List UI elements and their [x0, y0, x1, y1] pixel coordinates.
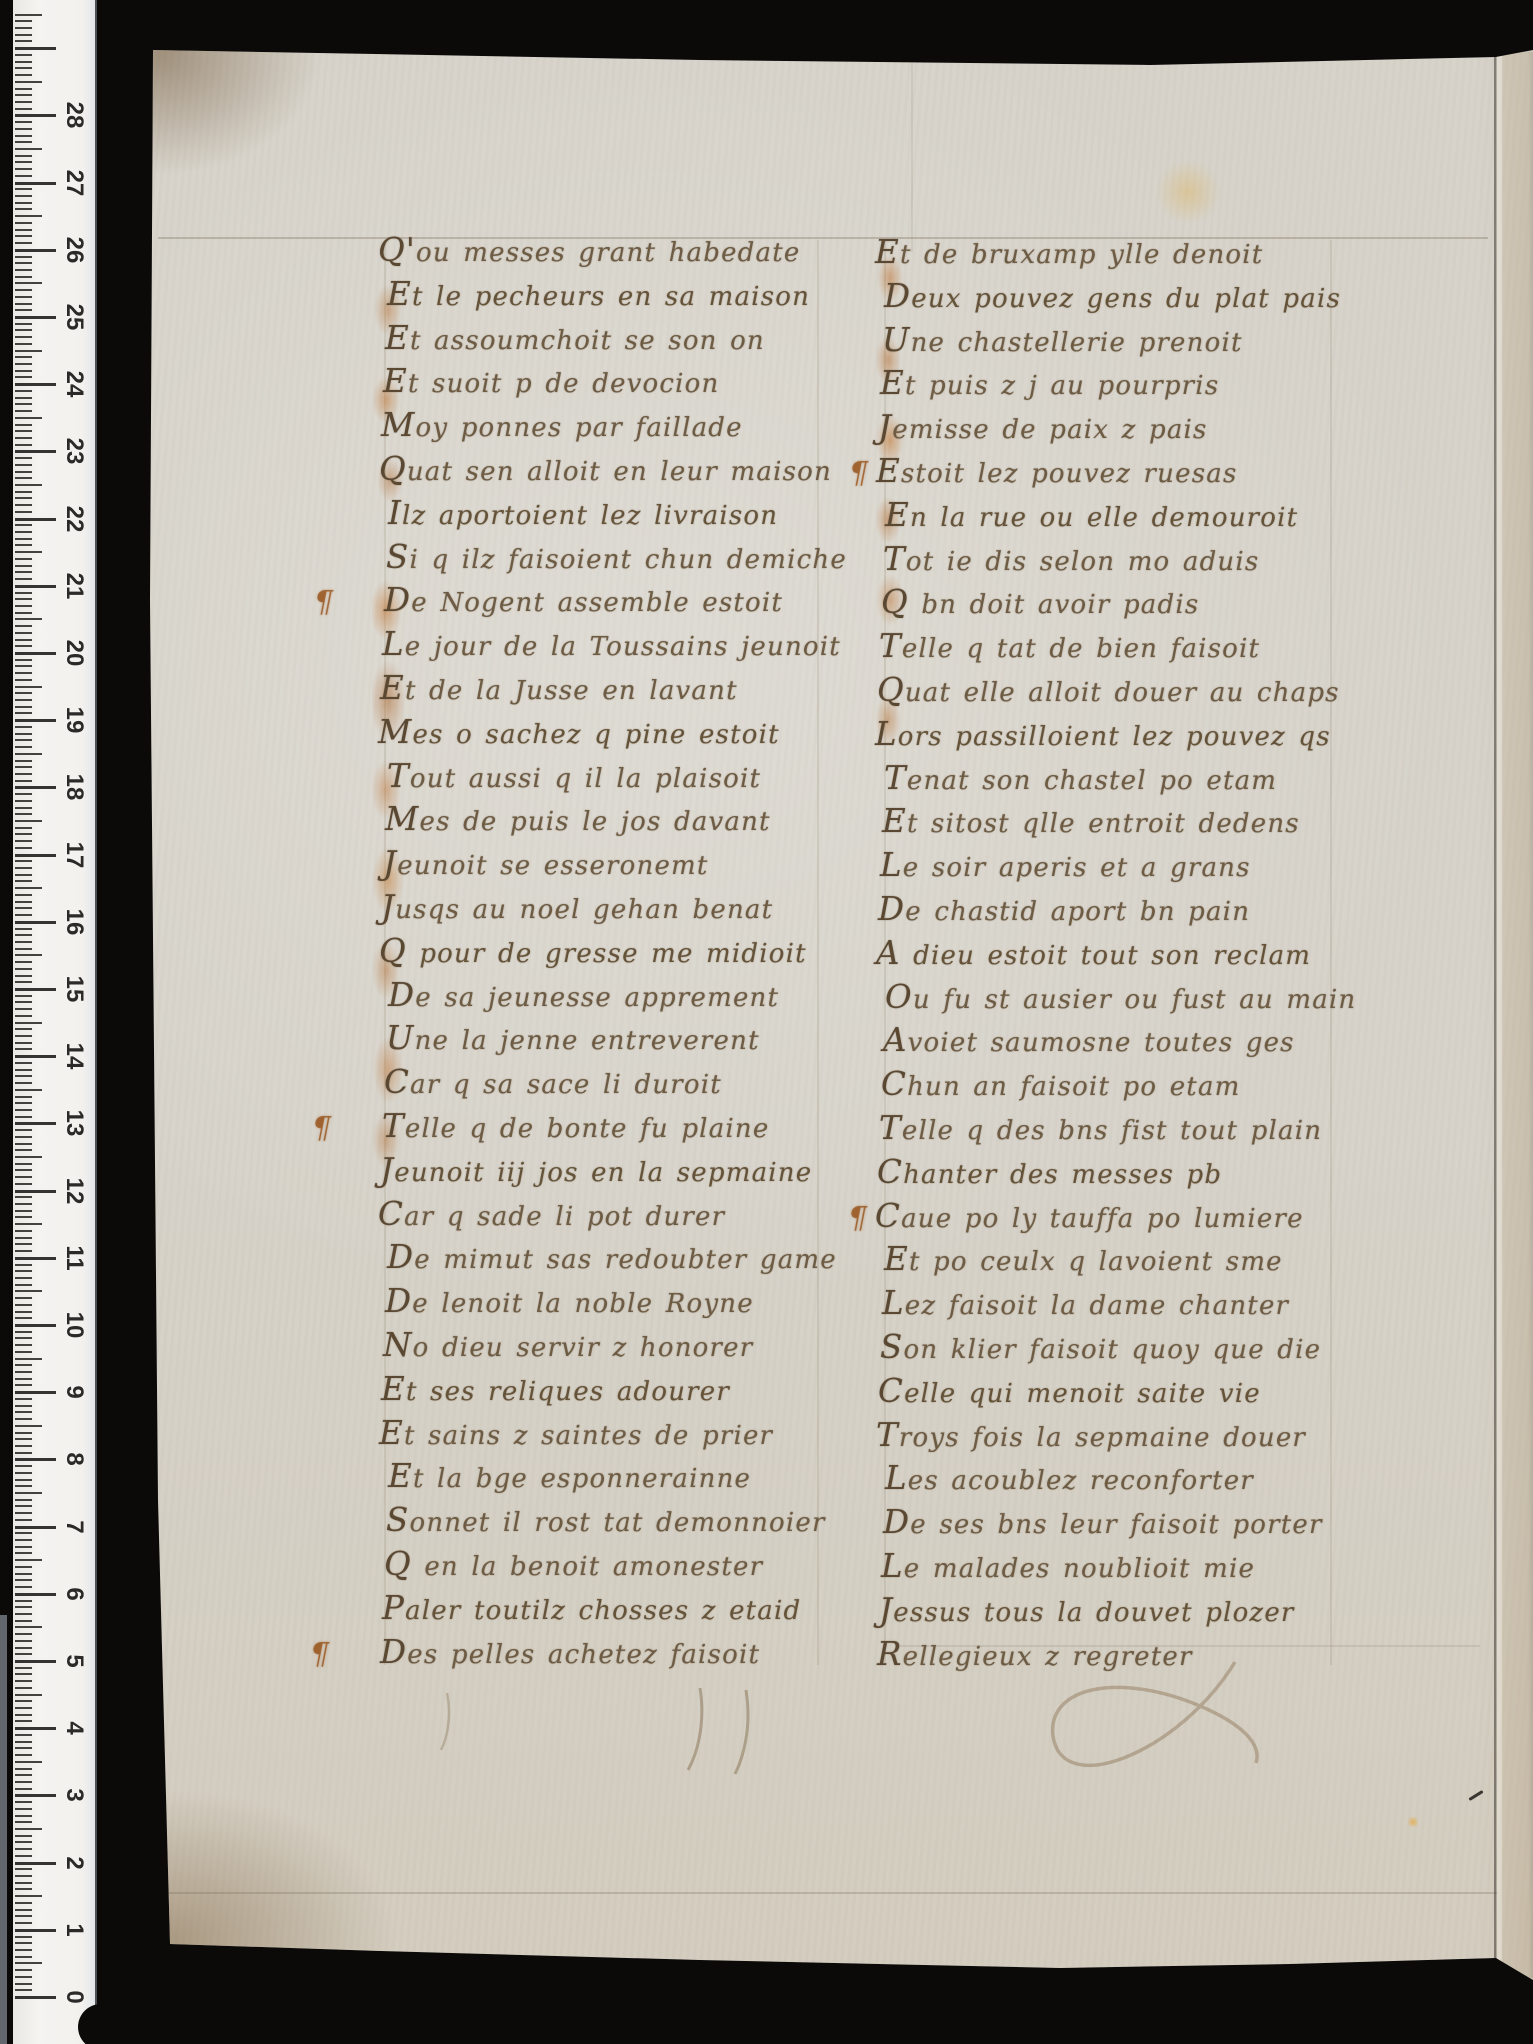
ruler-tick — [15, 1499, 32, 1501]
ruler-tick — [15, 1116, 32, 1118]
ruler-tick — [15, 612, 32, 614]
ruler-tick — [15, 1190, 56, 1193]
ruler-tick — [15, 1102, 32, 1104]
ruler-tick — [15, 907, 32, 909]
ruler-tick — [15, 712, 32, 714]
manuscript-line: Chun an faisoit po etam — [881, 1063, 1352, 1107]
ruler-tick — [15, 1122, 56, 1125]
manuscript-line: Et le pecheurs en sa maison — [387, 273, 848, 317]
manuscript-line: Jeunoit se esseronemt — [383, 842, 844, 886]
ruler-tick — [15, 558, 32, 560]
ruler-tick — [15, 1566, 32, 1568]
ruler-tick — [15, 1593, 56, 1596]
manuscript-line: Jessus tous la douvet plozer — [879, 1589, 1350, 1633]
ruler-tick — [15, 1626, 42, 1628]
ruler-tick — [15, 1714, 32, 1716]
ruler-tick — [15, 1788, 32, 1790]
ruler-tick — [15, 1069, 32, 1071]
pilcrow-mark: ¶ — [314, 581, 334, 625]
ruler-number: 24 — [57, 367, 91, 401]
manuscript-line: Deux pouvez gens du plat pais — [884, 275, 1355, 319]
ruler-tick — [15, 1492, 42, 1494]
ruler-tick — [15, 1290, 42, 1292]
manuscript-column-2: Et de bruxamp ylle denoitDeux pouvez gen… — [880, 231, 1351, 1676]
manuscript-line: Et de bruxamp ylle denoit — [875, 231, 1346, 275]
ruler-tick — [15, 1458, 56, 1461]
ruler-tick — [15, 1337, 32, 1339]
manuscript-line: Telle q de bonte fu plaine¶ — [382, 1105, 843, 1149]
flourish-stroke-3 — [441, 1693, 449, 1750]
ruler-tick — [15, 578, 32, 580]
ruler-number: 19 — [57, 703, 91, 737]
ruler-number: 4 — [57, 1711, 91, 1745]
ruler-number: 15 — [57, 972, 91, 1006]
manuscript-line: Tout aussi q il la plaisoit — [387, 755, 848, 799]
ruler-tick — [15, 760, 32, 762]
ruler-tick — [15, 363, 32, 365]
ruler-tick — [15, 1183, 32, 1185]
ruler-tick — [15, 256, 32, 258]
flourish-swirl — [1053, 1662, 1257, 1765]
ruler-tick — [15, 282, 42, 284]
ruler-tick — [15, 1606, 32, 1608]
ruler-tick — [15, 1465, 32, 1467]
ruler-tick — [15, 1969, 32, 1971]
photo-of-manuscript: { "colors": { "background": "#0b0a09", "… — [0, 0, 1533, 2044]
ruler-tick — [15, 484, 42, 486]
ruler-tick — [15, 376, 32, 378]
ruler-tick — [15, 1505, 32, 1507]
ruler-tick — [15, 477, 32, 479]
left-edge-sliver — [0, 1615, 7, 2044]
ruler-tick — [15, 1875, 32, 1877]
manuscript-line: Q bn doit avoir padis — [881, 581, 1352, 625]
ruler-tick — [15, 914, 32, 916]
ruler-tick — [15, 1418, 32, 1420]
ruler-tick — [15, 571, 32, 573]
ruler-tick — [15, 269, 32, 271]
ruler-tick — [15, 370, 32, 372]
ruler-number: 13 — [57, 1106, 91, 1140]
ruler-tick — [15, 430, 32, 432]
ruler-tick — [15, 1264, 32, 1266]
ruler-tick — [15, 1075, 32, 1077]
manuscript-line: Le malades noublioit mie — [881, 1545, 1352, 1589]
manuscript-line: Jusqs au noel gehan benat — [381, 886, 842, 930]
ruler-tick — [15, 1774, 32, 1776]
ruler-number: 18 — [57, 770, 91, 804]
ruler-tick — [15, 941, 32, 943]
ruler-tick — [15, 901, 32, 903]
ruler-tick — [15, 1129, 32, 1131]
ruler-tick — [15, 1862, 56, 1865]
ruler-tick — [15, 592, 32, 594]
ruler-tick — [15, 1579, 32, 1581]
manuscript-line: Ou fu st ausier ou fust au main — [885, 976, 1356, 1020]
ruler-tick — [15, 1048, 32, 1050]
ruler-tick — [15, 551, 42, 553]
ruler-tick — [15, 1942, 32, 1944]
ruler-tick — [15, 894, 32, 896]
ruler-tick — [15, 1230, 32, 1232]
ruler-tick — [15, 343, 32, 345]
ruler-tick — [15, 1223, 42, 1225]
ruler-tick — [15, 175, 32, 177]
ruler-tick — [15, 1848, 32, 1850]
ruler-tick — [15, 1687, 32, 1689]
ruler-tick — [15, 1956, 32, 1958]
bottom-crease — [158, 1892, 1498, 1894]
ruler-tick — [15, 867, 32, 869]
ruler-tick — [15, 1270, 32, 1272]
manuscript-line: De chastid aport bn pain — [878, 888, 1349, 932]
ruler-tick — [15, 988, 56, 991]
ruler-tick — [15, 121, 32, 123]
pilcrow-mark: ¶ — [310, 1633, 330, 1677]
ruler-tick — [15, 672, 32, 674]
ruler-tick — [15, 1647, 32, 1649]
ruler-tick — [15, 14, 42, 16]
ruler-tick — [15, 1344, 32, 1346]
manuscript-line: Et po ceulx q lavoient sme — [884, 1238, 1355, 1282]
ruler-tick — [15, 1519, 32, 1521]
ruler-tick — [15, 1929, 56, 1932]
ruler-tick — [15, 1432, 32, 1434]
manuscript-line: Moy ponnes par faillade — [381, 404, 842, 448]
ruler-tick — [15, 1082, 32, 1084]
ruler-number: 26 — [57, 233, 91, 267]
ruler-tick — [15, 874, 32, 876]
ruler-tick — [15, 1915, 32, 1917]
ruler-tick — [15, 1801, 32, 1803]
flourish-stroke-2 — [735, 1690, 748, 1774]
manuscript-line: Avoiet saumosne toutes ges — [883, 1019, 1354, 1063]
ruler-tick — [15, 565, 32, 567]
ruler-tick — [15, 1700, 32, 1702]
ruler-tick — [15, 1001, 32, 1003]
ruler-tick — [15, 1868, 32, 1870]
ruler-tick — [15, 1331, 32, 1333]
ruler-number: 12 — [57, 1174, 91, 1208]
ruler-tick — [15, 316, 56, 319]
ruler-tick — [15, 235, 32, 237]
ruler-tick — [15, 1815, 32, 1817]
manuscript-line: No dieu servir z honorer — [383, 1324, 844, 1368]
ruler-tick — [15, 74, 32, 76]
ruler-number: 22 — [57, 502, 91, 536]
ruler-tick — [15, 659, 32, 661]
ruler-tick — [15, 800, 32, 802]
ruler-tick — [15, 195, 32, 197]
manuscript-line: Et sains z saintes de prier — [379, 1412, 840, 1456]
ruler-tick — [15, 303, 32, 305]
ruler-tick — [15, 854, 56, 857]
ruler-tick — [15, 1324, 56, 1327]
ruler-tick — [15, 410, 32, 412]
manuscript-line: Mes o sachez q pine estoit — [378, 711, 839, 755]
ruler-tick — [15, 746, 32, 748]
ruler-tick — [15, 1727, 56, 1730]
ruler-tick — [15, 1559, 42, 1561]
ruler-tick — [15, 114, 56, 117]
ruler: 0123456789101112131415161718192021222324… — [13, 0, 95, 2044]
ruler-tick — [15, 1888, 32, 1890]
ruler-tick — [15, 1378, 32, 1380]
ruler-tick — [15, 766, 32, 768]
ruler-tick — [15, 182, 56, 185]
ruler-tick — [15, 860, 32, 862]
ruler-tick — [15, 1922, 32, 1924]
ruler-tick — [15, 1680, 32, 1682]
ruler-tick — [15, 249, 56, 252]
ruler-tick — [15, 706, 32, 708]
ruler-tick — [15, 880, 32, 882]
manuscript-line: Estoit lez pouvez ruesas¶ — [876, 450, 1347, 494]
ruler-tick — [15, 1384, 32, 1386]
manuscript-line: Et ses reliques adourer — [381, 1368, 842, 1412]
manuscript-line: Telle q des bns fist tout plain — [879, 1107, 1350, 1151]
ruler-tick — [15, 1317, 32, 1319]
ruler-tick — [15, 47, 56, 50]
ruler-tick — [15, 403, 32, 405]
ruler-tick — [15, 1136, 32, 1138]
ruler-tick — [15, 309, 32, 311]
ruler-tick — [15, 1169, 32, 1171]
ruler-tick — [15, 108, 32, 110]
ruler-tick — [15, 1694, 42, 1696]
ruler-tick — [15, 356, 32, 358]
ruler-tick — [15, 1089, 42, 1091]
ruler-tick — [15, 1237, 32, 1239]
ruler-tick — [15, 497, 32, 499]
ruler-tick — [15, 618, 42, 620]
manuscript-line: Car q sade li pot durer — [378, 1193, 839, 1237]
ruler-tick — [15, 1096, 32, 1098]
ruler-tick — [15, 1667, 32, 1669]
ruler-tick — [15, 1411, 32, 1413]
ruler-number: 3 — [57, 1778, 91, 1812]
top-fold-line — [911, 62, 913, 252]
manuscript-line: Une la jenne entreverent — [386, 1017, 847, 1061]
ruler-tick — [15, 1438, 32, 1440]
ruler-tick — [15, 1250, 32, 1252]
manuscript-line: Chanter des messes pb — [877, 1151, 1348, 1195]
ruler-tick — [15, 1996, 56, 1999]
ruler-number: 9 — [57, 1375, 91, 1409]
ruler-tick — [15, 518, 56, 521]
ruler-tick — [15, 1479, 32, 1481]
ruler-tick — [15, 1062, 32, 1064]
ruler-tick — [15, 1882, 32, 1884]
ruler-tick — [15, 1163, 32, 1165]
ruler-tick — [15, 961, 32, 963]
flourish-stroke-1 — [688, 1688, 702, 1770]
ruler-number: 6 — [57, 1577, 91, 1611]
ruler-tick — [15, 94, 32, 96]
ruler-tick — [15, 1277, 32, 1279]
ruler-tick — [15, 67, 32, 69]
ruler-tick — [15, 128, 32, 130]
manuscript-line: Les acoublez reconforter — [885, 1457, 1356, 1501]
ruler-number: 5 — [57, 1644, 91, 1678]
ruler-tick — [15, 27, 32, 29]
ruler-number: 17 — [57, 838, 91, 872]
ruler-tick — [15, 296, 32, 298]
ruler-tick — [15, 1512, 32, 1514]
ruler-tick — [15, 1673, 32, 1675]
ruler-tick — [15, 242, 32, 244]
ruler-tick — [15, 1176, 32, 1178]
ruler-tick — [15, 229, 32, 231]
ruler-tick — [15, 471, 32, 473]
manuscript-line: Et suoit p de devocion — [383, 360, 844, 404]
ruler-tick — [15, 34, 32, 36]
ruler-tick — [15, 148, 42, 150]
ruler-tick — [15, 1055, 56, 1058]
ruler-tick — [15, 968, 32, 970]
ruler-tick — [15, 625, 32, 627]
manuscript-line: Lors passilloient lez pouvez qs — [875, 713, 1346, 757]
ruler-tick — [15, 1855, 32, 1857]
ruler-tick — [15, 1781, 32, 1783]
ruler-tick — [15, 383, 56, 386]
ruler-tick — [15, 88, 32, 90]
pilcrow-mark: ¶ — [848, 1197, 868, 1241]
ruler-tick — [15, 1962, 42, 1964]
ruler-tick — [15, 1445, 32, 1447]
manuscript-line: Q pour de gresse me midioit — [379, 930, 840, 974]
ruler-number: 10 — [57, 1308, 91, 1342]
manuscript-line: Telle q tat de bien faisoit — [879, 625, 1350, 669]
ruler-tick — [15, 1539, 32, 1541]
ruler-tick — [15, 1485, 32, 1487]
manuscript-line: Lez faisoit la dame chanter — [882, 1282, 1353, 1326]
ruler-tick — [15, 135, 32, 137]
ruler-tick — [15, 739, 32, 741]
ruler-tick — [15, 1351, 32, 1353]
ruler-tick — [15, 1895, 42, 1897]
ruler-tick — [15, 1304, 32, 1306]
ruler-tick — [15, 1156, 42, 1158]
ruler-tick — [15, 1243, 32, 1245]
ruler-tick — [15, 1008, 32, 1010]
ruler-tick — [15, 813, 32, 815]
manuscript-line: Caue po ly tauffa po lumiere¶ — [875, 1195, 1346, 1239]
ruler-tick — [15, 954, 42, 956]
ruler-tick — [15, 101, 32, 103]
ruler-number: 28 — [57, 98, 91, 132]
ruler-tick — [15, 531, 32, 533]
ruler-tick — [15, 975, 32, 977]
manuscript-line: Sonnet il rost tat demonnoier — [386, 1499, 847, 1543]
ruler-tick — [15, 1546, 32, 1548]
ruler-tick — [15, 665, 32, 667]
ruler-tick — [15, 1452, 32, 1454]
ruler-number: 25 — [57, 300, 91, 334]
manuscript-line: Paler toutilz chosses z etaid — [382, 1587, 843, 1631]
ruler-tick — [15, 807, 32, 809]
ruler-tick — [15, 1653, 32, 1655]
ruler-tick — [15, 1976, 32, 1978]
ruler-tick — [15, 753, 42, 755]
ruler-tick — [15, 491, 32, 493]
manuscript-line: De lenoit la noble Royne — [385, 1280, 846, 1324]
manuscript-line: Des pelles achetez faisoit¶ — [380, 1631, 841, 1675]
ruler-tick — [15, 20, 32, 22]
ruler-tick — [15, 1841, 32, 1843]
pilcrow-mark: ¶ — [849, 452, 869, 496]
ruler-tick — [15, 1297, 32, 1299]
ruler-tick — [15, 1311, 32, 1313]
manuscript-line: Si q ilz faisoient chun demiche — [386, 536, 847, 580]
ruler-number: 2 — [57, 1846, 91, 1880]
ruler-tick — [15, 457, 32, 459]
ruler-tick — [15, 437, 32, 439]
manuscript-line: Et de la Jusse en lavant — [380, 667, 841, 711]
ruler-tick — [15, 1526, 56, 1529]
ruler-tick — [15, 444, 32, 446]
ruler-tick — [15, 1532, 32, 1534]
ruler-tick — [15, 1640, 32, 1642]
ruler-tick — [15, 61, 32, 63]
manuscript-line: Quat sen alloit en leur maison — [379, 448, 840, 492]
ruler-tick — [15, 1143, 32, 1145]
ruler-tick — [15, 699, 32, 701]
ruler-tick — [15, 1028, 32, 1030]
ruler-tick — [15, 1196, 32, 1198]
ruler-tick — [15, 686, 42, 688]
manuscript-line: Q en la benoit amonester — [384, 1543, 845, 1587]
ruler-tick — [15, 504, 32, 506]
manuscript-line: Quat elle alloit douer au chaps — [877, 669, 1348, 713]
ruler-tick — [15, 1391, 56, 1394]
ruler-tick — [15, 417, 42, 419]
manuscript-line: De ses bns leur faisoit porter — [883, 1501, 1354, 1545]
ruler-tick — [15, 793, 32, 795]
manuscript-line: Rellegieux z regreter — [877, 1633, 1348, 1677]
manuscript-line: Troys fois la sepmaine douer — [876, 1414, 1347, 1458]
ruler-tick — [15, 40, 32, 42]
ruler-tick — [15, 1835, 32, 1837]
ruler-number: 20 — [57, 636, 91, 670]
ruler-tick — [15, 1216, 32, 1218]
ruler-tick — [15, 948, 32, 950]
manuscript-line: Une chastellerie prenoit — [882, 319, 1353, 363]
ruler-tick — [15, 1989, 32, 1991]
ruler-tick — [15, 1371, 32, 1373]
manuscript-line: En la rue ou elle demouroit — [885, 494, 1356, 538]
ruler-tick — [15, 1364, 32, 1366]
ruler-tick — [15, 833, 32, 835]
ruler-tick — [15, 1613, 32, 1615]
ruler-tick — [15, 652, 56, 655]
ruler-tick — [15, 1633, 32, 1635]
manuscript-line: De sa jeunesse apprement — [388, 974, 849, 1018]
manuscript-line: Tot ie dis selon mo aduis — [883, 538, 1354, 582]
ruler-tick — [15, 995, 32, 997]
ruler-tick — [15, 208, 32, 210]
ruler-tick — [15, 1902, 32, 1904]
manuscript-line: Tenat son chastel po etam — [884, 757, 1355, 801]
ruler-tick — [15, 1808, 32, 1810]
ruler-tick — [15, 1552, 32, 1554]
ruler-number: 8 — [57, 1442, 91, 1476]
manuscript-line: Son klier faisoit quoy que die — [880, 1326, 1351, 1370]
gutter-fold-line — [1494, 52, 1533, 1978]
ruler-tick — [15, 289, 32, 291]
ruler-number: 14 — [57, 1039, 91, 1073]
ruler-tick — [15, 81, 42, 83]
